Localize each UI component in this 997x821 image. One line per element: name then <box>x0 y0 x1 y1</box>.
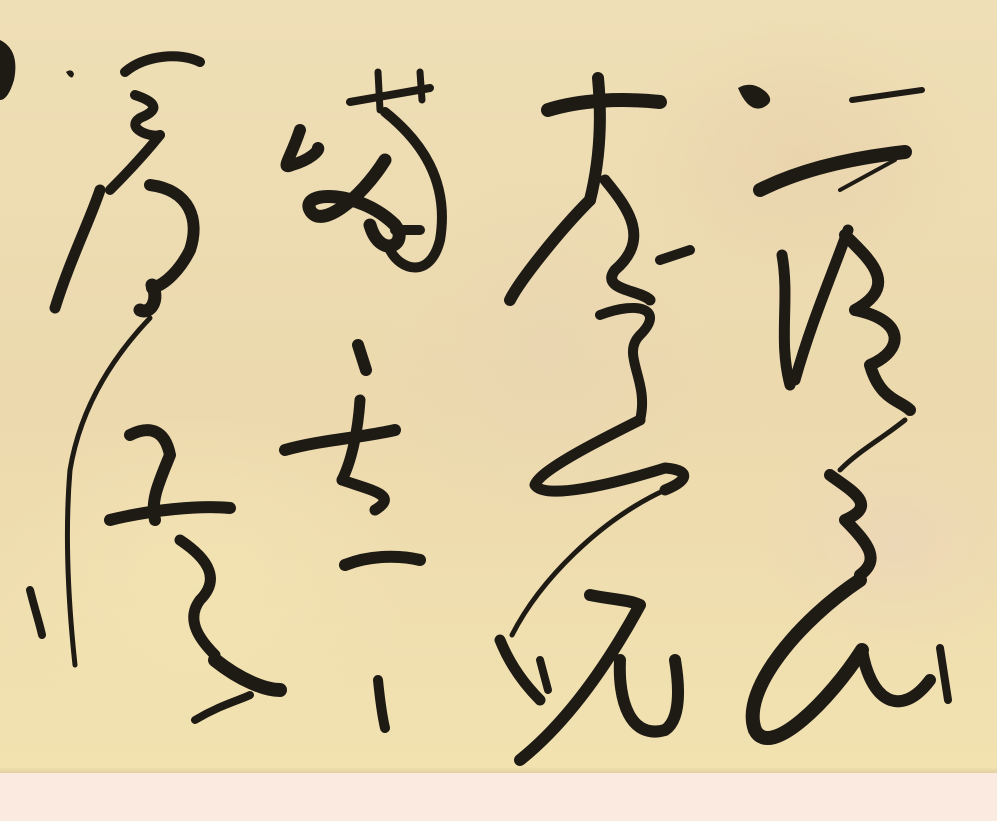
column-3-characters <box>285 72 442 728</box>
column-2-characters <box>500 78 690 760</box>
bottom-margin <box>0 773 997 821</box>
ink-strokes <box>0 0 997 773</box>
calligraphy-artwork <box>0 0 997 773</box>
column-4-characters <box>0 40 280 720</box>
column-1-characters <box>738 85 948 738</box>
